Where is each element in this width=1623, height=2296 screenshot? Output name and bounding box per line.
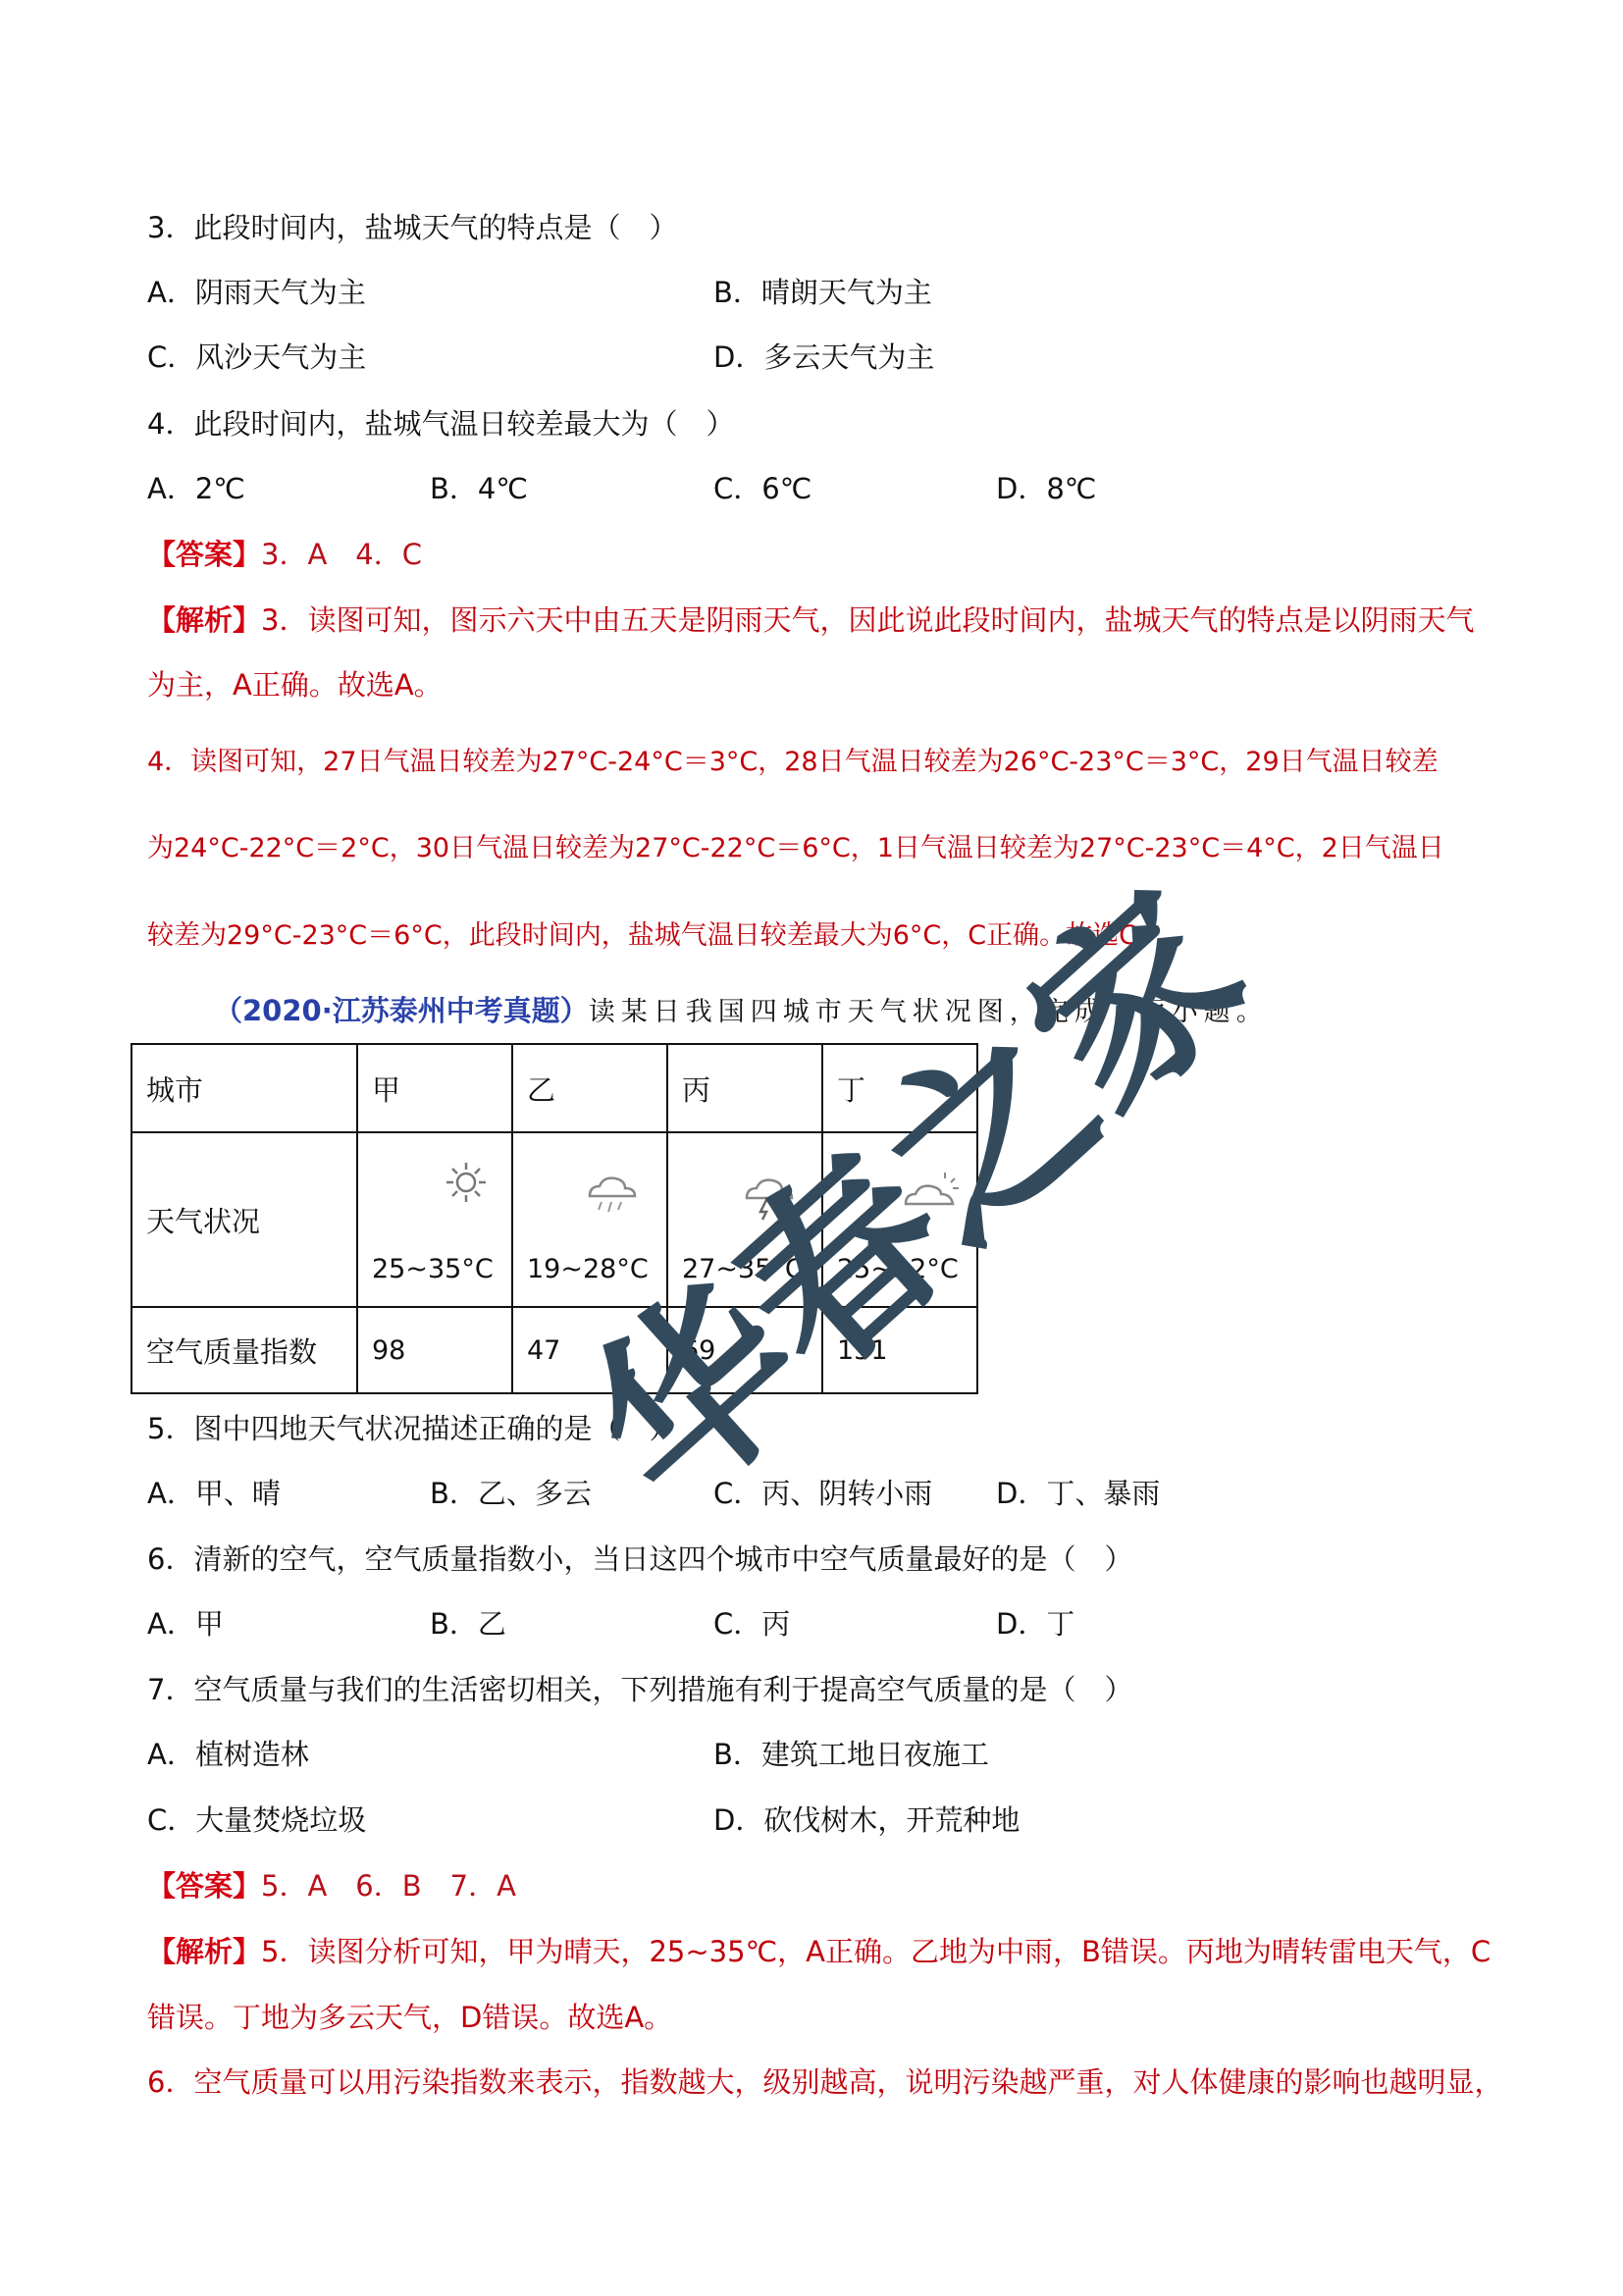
table-header-cell: 甲 bbox=[357, 1044, 512, 1132]
sun-thunder-icon bbox=[737, 1173, 796, 1222]
table-header-cell: 乙 bbox=[512, 1044, 667, 1132]
q4-option-d: D．8℃ bbox=[996, 469, 1096, 508]
table-header-cell: 城市 bbox=[131, 1044, 357, 1132]
weather-cell-inner: 27~35°C bbox=[668, 1133, 821, 1306]
q7-stem: 7．空气质量与我们的生活密切相关，下列措施有利于提高空气质量的是（ ） bbox=[147, 1670, 1132, 1709]
weather-cell-inner: 25~35°C bbox=[358, 1133, 511, 1306]
q5-option-a: A．甲、晴 bbox=[147, 1474, 281, 1513]
weather-cell-inner: 19~28°C bbox=[513, 1133, 666, 1306]
answer-block-2: 【答案】5．A 6．B 7．A bbox=[147, 1866, 516, 1905]
q4-option-a: A．2℃ bbox=[147, 469, 245, 508]
q3-option-c: C．风沙天气为主 bbox=[147, 338, 366, 377]
analysis-block-1-line-5: 较差为29°C-23°C＝6°C，此段时间内，盐城气温日较差最大为6°C，C正确… bbox=[147, 916, 1164, 956]
weather-label-cell: 天气状况 bbox=[131, 1132, 357, 1307]
temp-range: 27~35°C bbox=[682, 1254, 804, 1284]
q6-option-a: A．甲 bbox=[147, 1604, 224, 1644]
temp-range: 25~35°C bbox=[372, 1254, 494, 1284]
q6-option-b: B．乙 bbox=[430, 1604, 506, 1644]
weather-cell: 27~35°C bbox=[667, 1132, 822, 1307]
q7-option-b: B．建筑工地日夜施工 bbox=[713, 1735, 989, 1774]
sunny-icon bbox=[445, 1161, 488, 1204]
q6-option-c: C．丙 bbox=[713, 1604, 790, 1644]
analysis-text: 5．读图分析可知，甲为晴天，25~35℃，A正确。乙地为中雨，B错误。丙地为晴转… bbox=[261, 1935, 1491, 1968]
q6-stem: 6．清新的空气，空气质量指数小，当日这四个城市中空气质量最好的是（ ） bbox=[147, 1539, 1132, 1579]
analysis-text: 3．读图可知，图示六天中由五天是阴雨天气，因此说此段时间内，盐城天气的特点是以阴… bbox=[261, 603, 1474, 637]
q7-option-a: A．植树造林 bbox=[147, 1735, 309, 1774]
table-header-cell: 丙 bbox=[667, 1044, 822, 1132]
analysis-block-2-line-1: 【解析】5．读图分析可知，甲为晴天，25~35℃，A正确。乙地为中雨，B错误。丙… bbox=[147, 1932, 1491, 1971]
table-row-header: 城市 甲 乙 丙 丁 bbox=[131, 1044, 977, 1132]
source-line: （2020·江苏泰州中考真题）读某日我国四城市天气状况图，完成下面小题。 bbox=[214, 991, 1269, 1032]
weather-cell: 19~28°C bbox=[512, 1132, 667, 1307]
cloud-rain-icon bbox=[582, 1173, 641, 1222]
analysis-block-1-line-2: 为主，A正确。故选A。 bbox=[147, 665, 443, 704]
source-instruction: 读某日我国四城市天气状况图，完成下面小题。 bbox=[589, 997, 1269, 1027]
q4-option-c: C．6℃ bbox=[713, 469, 811, 508]
q5-option-c: C．丙、阴转小雨 bbox=[713, 1474, 932, 1513]
weather-cell-inner: 25~32°C bbox=[823, 1133, 976, 1306]
temp-range: 25~32°C bbox=[837, 1254, 959, 1284]
answer-label: 【答案】 bbox=[147, 538, 261, 571]
q5-option-b: B．乙、多云 bbox=[430, 1474, 592, 1513]
q4-option-b: B．4℃ bbox=[430, 469, 528, 508]
q7-option-c: C．大量焚烧垃圾 bbox=[147, 1800, 366, 1840]
q3-option-d: D．多云天气为主 bbox=[713, 338, 934, 377]
q7-option-d: D．砍伐树木，开荒种地 bbox=[713, 1800, 1020, 1840]
table-row-aqi: 空气质量指数 98 47 69 151 bbox=[131, 1307, 977, 1393]
q5-option-d: D．丁、暴雨 bbox=[996, 1474, 1160, 1513]
analysis-block-2-line-2: 错误。丁地为多云天气，D错误。故选A。 bbox=[147, 1998, 672, 2037]
q6-option-d: D．丁 bbox=[996, 1604, 1074, 1644]
aqi-value: 47 bbox=[512, 1307, 667, 1393]
analysis-block-2-line-3: 6．空气质量可以用污染指数来表示，指数越大，级别越高，说明污染越严重，对人体健康… bbox=[147, 2062, 1502, 2102]
table-header-cell: 丁 bbox=[822, 1044, 977, 1132]
answer-text: 5．A 6．B 7．A bbox=[261, 1869, 516, 1903]
answer-block-1: 【答案】3．A 4．C bbox=[147, 535, 422, 574]
weather-table: 城市 甲 乙 丙 丁 天气状况 25~35°C bbox=[131, 1043, 978, 1394]
analysis-block-1-line-3: 4．读图可知，27日气温日较差为27°C-24°C＝3°C，28日气温日较差为2… bbox=[147, 743, 1439, 782]
q4-stem: 4．此段时间内，盐城气温日较差最大为（ ） bbox=[147, 404, 734, 444]
q5-stem: 5．图中四地天气状况描述正确的是（ ） bbox=[147, 1409, 677, 1448]
weather-cell: 25~32°C bbox=[822, 1132, 977, 1307]
aqi-value: 151 bbox=[822, 1307, 977, 1393]
q3-option-a: A．阴雨天气为主 bbox=[147, 273, 366, 312]
aqi-value: 69 bbox=[667, 1307, 822, 1393]
answer-text: 3．A 4．C bbox=[261, 538, 422, 571]
table-row-weather: 天气状况 25~35°C bbox=[131, 1132, 977, 1307]
temp-range: 19~28°C bbox=[527, 1254, 649, 1284]
aqi-label-cell: 空气质量指数 bbox=[131, 1307, 357, 1393]
analysis-label: 【解析】 bbox=[147, 603, 261, 637]
answer-label: 【答案】 bbox=[147, 1869, 261, 1903]
analysis-block-1-line-1: 【解析】3．读图可知，图示六天中由五天是阴雨天气，因此说此段时间内，盐城天气的特… bbox=[147, 600, 1474, 640]
analysis-label: 【解析】 bbox=[147, 1935, 261, 1968]
analysis-block-1-line-4: 为24°C-22°C＝2°C，30日气温日较差为27°C-22°C＝6°C，1日… bbox=[147, 829, 1444, 868]
cloudy-sun-icon bbox=[902, 1171, 961, 1210]
source-tag: （2020·江苏泰州中考真题） bbox=[214, 994, 589, 1027]
q3-option-b: B．晴朗天气为主 bbox=[713, 273, 932, 312]
q3-stem: 3．此段时间内，盐城天气的特点是（ ） bbox=[147, 208, 677, 247]
weather-cell: 25~35°C bbox=[357, 1132, 512, 1307]
aqi-value: 98 bbox=[357, 1307, 512, 1393]
